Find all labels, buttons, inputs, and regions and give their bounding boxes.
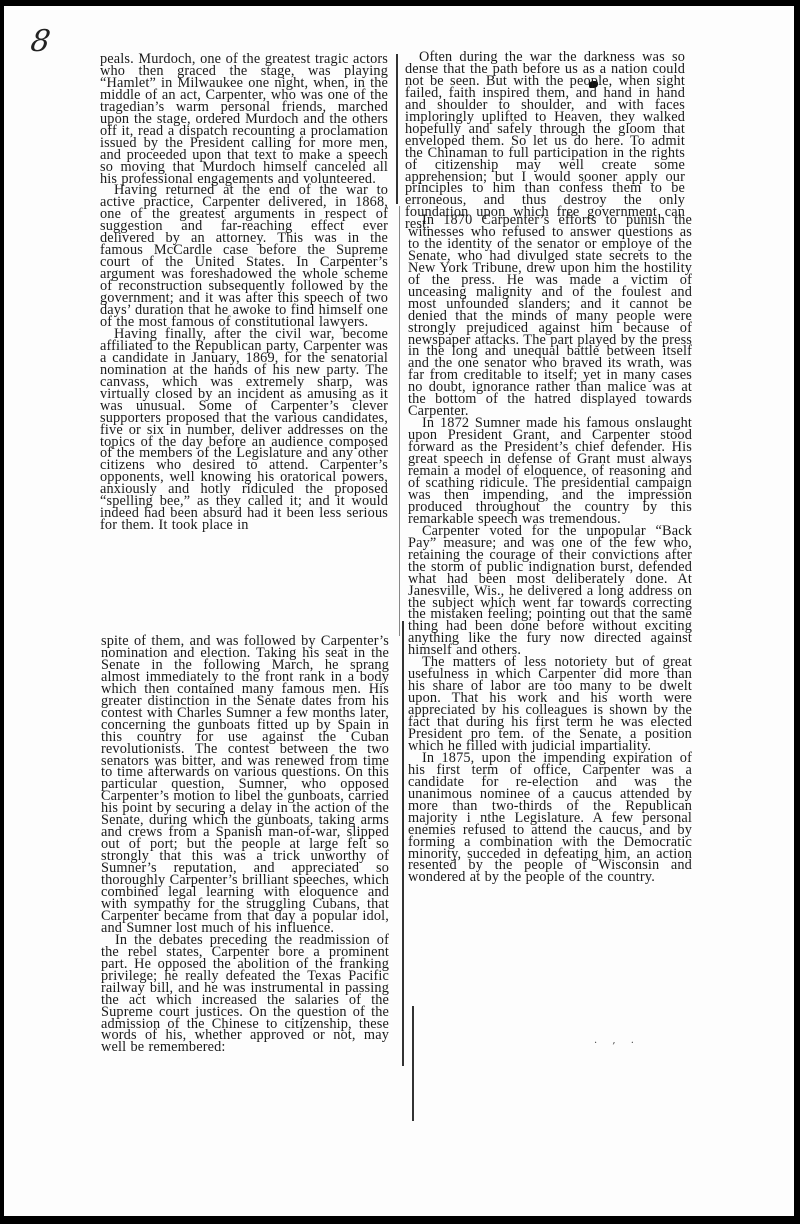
- paragraph: In 1872 Sumner made his famous onslaught…: [408, 418, 692, 526]
- paragraph: Having returned at the end of the war to…: [100, 185, 388, 328]
- paragraph: spite of them, and was followed by Carpe…: [101, 636, 389, 935]
- paragraph: In 1870 Carpenter’s efforts to punish th…: [408, 215, 692, 418]
- paragraph: In 1875, upon the impending expiration o…: [408, 753, 692, 884]
- column-divider: [396, 54, 398, 204]
- chinese-citizenship-quote: Often during the war the darkness was so…: [405, 52, 685, 231]
- column-divider: [402, 621, 404, 1066]
- paragraph: peals. Murdoch, one of the greatest trag…: [100, 54, 388, 185]
- page-number: 8: [29, 24, 53, 59]
- scanned-page: 8 peals. Murdoch, one of the greatest tr…: [4, 6, 794, 1216]
- paragraph: In the debates preceding the readmission…: [101, 935, 389, 1055]
- column-divider: [399, 206, 400, 636]
- column-divider: [412, 1006, 414, 1121]
- quote-text: Often during the war the darkness was so…: [405, 52, 685, 231]
- left-column-top: peals. Murdoch, one of the greatest trag…: [100, 54, 388, 532]
- paragraph: Carpenter voted for the unpopular “Back …: [408, 526, 692, 657]
- right-column: In 1870 Carpenter’s efforts to punish th…: [408, 215, 692, 884]
- paragraph: The matters of less notoriety but of gre…: [408, 657, 692, 753]
- left-column-bottom: spite of them, and was followed by Carpe…: [101, 636, 389, 1054]
- trailing-marks: . , .: [594, 1035, 640, 1046]
- paragraph: Having finally, after the civil war, bec…: [100, 329, 388, 532]
